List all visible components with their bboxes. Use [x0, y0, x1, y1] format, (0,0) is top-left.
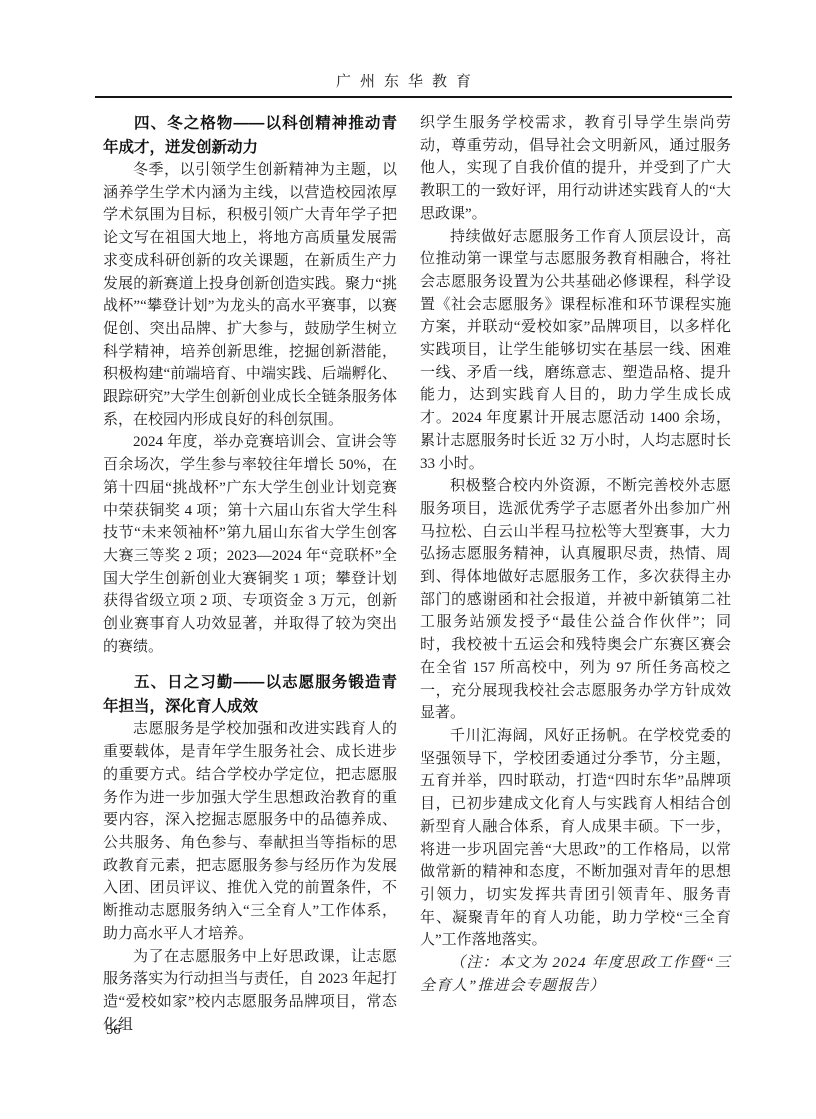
paragraph: 持续做好志愿服务工作育人顶层设计，高位推动第一课堂与志愿服务教育相融合，将社会志… — [420, 226, 731, 476]
column-right: 织学生服务学校需求，教育引导学生崇尚劳动，尊重劳动，倡导社会文明新风，通过服务他… — [420, 112, 731, 1036]
content-columns: 四、冬之格物——以科创精神推动青年成才，迸发创新动力 冬季，以引领学生创新精神为… — [103, 112, 731, 1036]
page-header-title: 广州东华教育 — [0, 70, 816, 91]
page-number: 56 — [106, 1022, 121, 1039]
document-page: 广州东华教育 四、冬之格物——以科创精神推动青年成才，迸发创新动力 冬季，以引领… — [0, 0, 816, 1119]
section-heading-5: 五、日之习勤——以志愿服务锻造青年担当，深化育人成效 — [103, 671, 397, 718]
paragraph: 为了在志愿服务中上好思政课，让志愿服务落实为行动担当与责任，自 2023 年起打… — [103, 946, 397, 1037]
paragraph: 志愿服务是学校加强和改进实践育人的重要载体，是青年学生服务社会、成长进步的重要方… — [103, 718, 397, 945]
footnote-paragraph: （注：本文为 2024 年度思政工作暨“三全育人”推进会专题报告） — [420, 952, 731, 997]
paragraph: 积极整合校内外资源，不断完善校外志愿服务项目，选派优秀学子志愿者外出参加广州马拉… — [420, 475, 731, 725]
section-heading-4: 四、冬之格物——以科创精神推动青年成才，迸发创新动力 — [103, 112, 397, 159]
paragraph: 千川汇海阔，风好正扬帆。在学校党委的坚强领导下，学校团委通过分季节，分主题，五育… — [420, 725, 731, 952]
paragraph: 冬季，以引领学生创新精神为主题，以涵养学生学术内涵为主线，以营造校园浓厚学术氛围… — [103, 159, 397, 431]
paragraph-continuation: 织学生服务学校需求，教育引导学生崇尚劳动，尊重劳动，倡导社会文明新风，通过服务他… — [420, 112, 731, 226]
column-left: 四、冬之格物——以科创精神推动青年成才，迸发创新动力 冬季，以引领学生创新精神为… — [103, 112, 397, 1036]
paragraph: 2024 年度，举办竞赛培训会、宣讲会等百余场次，学生参与率较往年增长 50%，… — [103, 431, 397, 658]
header-divider-rule — [95, 96, 732, 98]
